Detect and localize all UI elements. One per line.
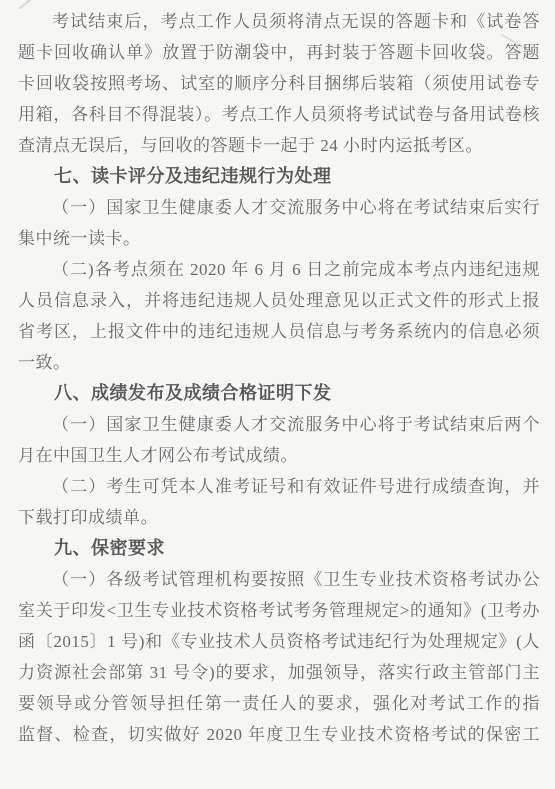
document-content: 考试结束后，考点工作人员须将清点无误的答题卡和《试卷答题卡回收确认单》放置于防潮… <box>18 6 540 750</box>
text-line: 月在中国卫生人才网公布考试成绩。 <box>18 440 540 471</box>
text-line: 用箱，各科目不得混装）。考点工作人员须将考试试卷与备用试卷核 <box>18 99 540 130</box>
text-line: （二）考生可凭本人准考证号和有效证件号进行成绩查询，并 <box>18 471 540 502</box>
text-line: 要领导或分管领导担任第一责任人的要求，强化对考试工作的指导、 <box>18 688 540 719</box>
text-line: 监督、检查，切实做好 2020 年度卫生专业技术资格考试的保密工作， <box>18 719 540 750</box>
text-line: 下载打印成绩单。 <box>18 502 540 533</box>
text-line: 一致。 <box>18 347 540 378</box>
text-line: 省考区，上报文件中的违纪违规人员信息与考务系统内的信息必须 <box>18 316 540 347</box>
text-line: 查清点无误后，与回收的答题卡一起于 24 小时内运抵考区。 <box>18 130 540 161</box>
text-line: 人员信息录入，并将违纪违规人员处理意见以正式文件的形式上报 <box>18 285 540 316</box>
section-heading: 八、成绩发布及成绩合格证明下发 <box>18 378 540 409</box>
text-line: 考试结束后，考点工作人员须将清点无误的答题卡和《试卷答 <box>18 6 540 37</box>
text-line: 力资源社会部第 31 号令)的要求，加强领导，落实行政主管部门主 <box>18 657 540 688</box>
text-line: （一）国家卫生健康委人才交流服务中心将于考试结束后两个 <box>18 409 540 440</box>
text-line: （二)各考点须在 2020 年 6 月 6 日之前完成本考点内违纪违规 <box>18 254 540 285</box>
text-line: 室关于印发<卫生专业技术资格考试考务管理规定>的通知》(卫考办 <box>18 595 540 626</box>
text-line: 集中统一读卡。 <box>18 223 540 254</box>
text-line: 函〔2015〕1 号)和《专业技术人员资格考试违纪行为处理规定》(人 <box>18 626 540 657</box>
text-line: 卡回收袋按照考场、试室的顺序分科目捆绑后装箱（须使用试卷专 <box>18 68 540 99</box>
section-heading: 九、保密要求 <box>18 533 540 564</box>
text-line: 题卡回收确认单》放置于防潮袋中，再封装于答题卡回收袋。答题 <box>18 37 540 68</box>
text-line: （一）各级考试管理机构要按照《卫生专业技术资格考试办公 <box>18 564 540 595</box>
scanned-document-page: 考试结束后，考点工作人员须将清点无误的答题卡和《试卷答题卡回收确认单》放置于防潮… <box>0 0 555 789</box>
text-line: （一）国家卫生健康委人才交流服务中心将在考试结束后实行 <box>18 192 540 223</box>
section-heading: 七、读卡评分及违纪违规行为处理 <box>18 161 540 192</box>
